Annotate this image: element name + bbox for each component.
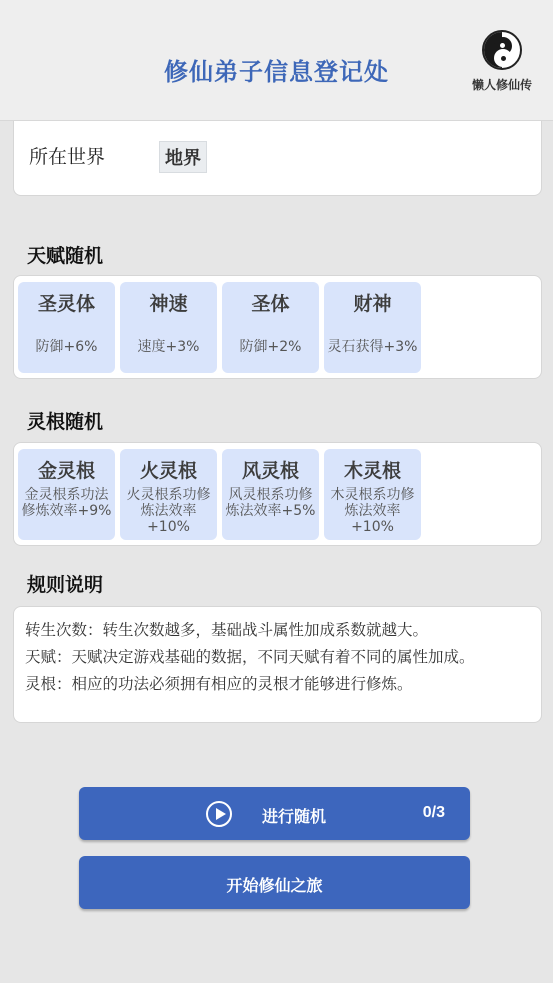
- root-desc: 火灵根系功修炼法效率+10%: [120, 487, 217, 535]
- root-name: 火灵根: [120, 456, 217, 483]
- talent-name: 财神: [324, 289, 421, 316]
- play-circle-icon: [206, 801, 232, 827]
- yin-yang-icon: [482, 30, 522, 70]
- root-tile: 火灵根 火灵根系功修炼法效率+10%: [120, 449, 217, 540]
- world-value: 地界: [159, 141, 207, 173]
- app-logo: 懒人修仙传: [466, 30, 538, 93]
- root-desc: 风灵根系功修炼法效率+5%: [222, 487, 319, 519]
- rules-card: 转生次数：转生次数越多，基础战斗属性加成系数就越大。 天赋：天赋决定游戏基础的数…: [13, 606, 542, 723]
- root-tile: 金灵根 金灵根系功法修炼效率+9%: [18, 449, 115, 540]
- world-label: 所在世界: [29, 142, 105, 169]
- talent-section-title: 天赋随机: [27, 241, 103, 268]
- talent-name: 圣灵体: [18, 289, 115, 316]
- random-button[interactable]: 进行随机 0/3: [79, 787, 470, 840]
- start-button-label: 开始修仙之旅: [79, 873, 470, 896]
- talent-desc: 防御+2%: [222, 339, 319, 355]
- talent-name: 圣体: [222, 289, 319, 316]
- root-name: 风灵根: [222, 456, 319, 483]
- random-button-label: 进行随机: [262, 804, 326, 827]
- root-section-title: 灵根随机: [27, 407, 103, 434]
- talent-desc: 防御+6%: [18, 339, 115, 355]
- random-count: 0/3: [423, 804, 445, 822]
- start-journey-button[interactable]: 开始修仙之旅: [79, 856, 470, 909]
- talent-tile: 圣灵体 防御+6%: [18, 282, 115, 373]
- rule-rebirth: 转生次数：转生次数越多，基础战斗属性加成系数就越大。: [25, 621, 530, 640]
- root-tile: 风灵根 风灵根系功修炼法效率+5%: [222, 449, 319, 540]
- header: 修仙弟子信息登记处 懒人修仙传: [0, 0, 553, 121]
- root-desc: 木灵根系功修炼法效率+10%: [324, 487, 421, 535]
- rule-talent: 天赋：天赋决定游戏基础的数据，不同天赋有着不同的属性加成。: [25, 648, 530, 667]
- talent-name: 神速: [120, 289, 217, 316]
- rules-section-title: 规则说明: [27, 570, 103, 597]
- talent-card: 圣灵体 防御+6% 神速 速度+3% 圣体 防御+2% 财神 灵石获得+3%: [13, 275, 542, 379]
- root-desc: 金灵根系功法修炼效率+9%: [18, 487, 115, 519]
- talent-tile: 神速 速度+3%: [120, 282, 217, 373]
- talent-desc: 速度+3%: [120, 339, 217, 355]
- talent-tile: 财神 灵石获得+3%: [324, 282, 421, 373]
- rule-root: 灵根：相应的功法必须拥有相应的灵根才能够进行修炼。: [25, 675, 530, 694]
- root-name: 木灵根: [324, 456, 421, 483]
- root-name: 金灵根: [18, 456, 115, 483]
- root-card: 金灵根 金灵根系功法修炼效率+9% 火灵根 火灵根系功修炼法效率+10% 风灵根…: [13, 442, 542, 546]
- root-tile: 木灵根 木灵根系功修炼法效率+10%: [324, 449, 421, 540]
- talent-tile: 圣体 防御+2%: [222, 282, 319, 373]
- world-card: 所在世界 地界: [13, 108, 542, 196]
- talent-desc: 灵石获得+3%: [324, 339, 421, 355]
- logo-text: 懒人修仙传: [466, 76, 538, 93]
